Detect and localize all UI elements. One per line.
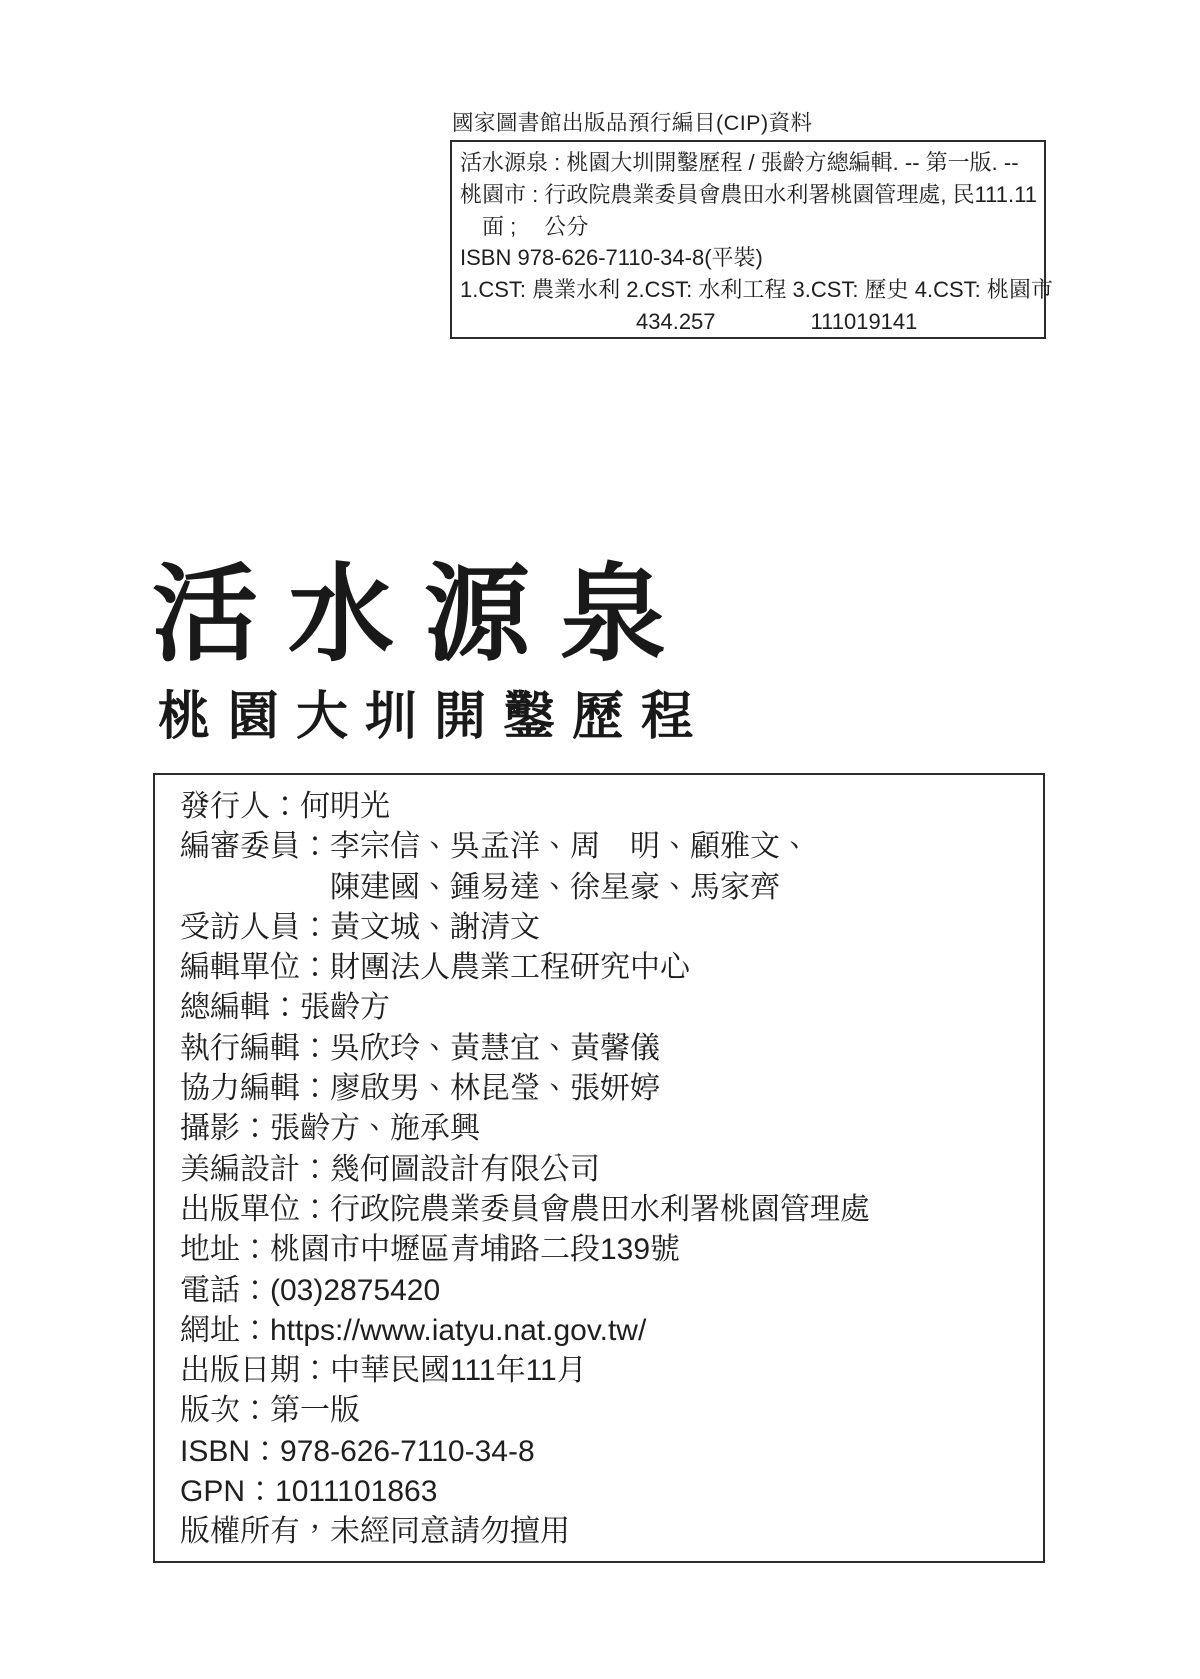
- executive-editor-line: 執行編輯：吳欣玲、黃慧宜、黃馨儀: [180, 1029, 1025, 1069]
- address-line: 地址：桃園市中壢區青埔路二段139號: [180, 1230, 1025, 1270]
- photographer-line: 攝影：張齡方、施承興: [180, 1109, 1025, 1149]
- editorial-committee-continuation-line: 陳建國、鍾易達、徐星豪、馬家齊: [180, 868, 1025, 908]
- cip-title-line: 活水源泉 : 桃園大圳開鑿歷程 / 張齡方總編輯. -- 第一版. --: [460, 147, 1036, 179]
- cip-box: 活水源泉 : 桃園大圳開鑿歷程 / 張齡方總編輯. -- 第一版. -- 桃園市…: [450, 140, 1046, 339]
- cooperating-editor-line: 協力編輯：廖啟男、林昆瑩、張妍婷: [180, 1069, 1025, 1109]
- publish-date-line: 出版日期：中華民國111年11月: [180, 1351, 1025, 1391]
- phone-line: 電話：(03)2875420: [180, 1271, 1025, 1311]
- art-design-line: 美編設計：幾何圖設計有限公司: [180, 1150, 1025, 1190]
- book-subtitle-calligraphy: 桃園大圳開鑿歷程: [158, 688, 710, 745]
- publisher-line: 出版單位：行政院農業委員會農田水利署桃園管理處: [180, 1190, 1025, 1230]
- gpn-line: GPN：1011101863: [180, 1472, 1025, 1512]
- editing-unit-line: 編輯單位：財團法人農業工程研究中心: [180, 948, 1025, 988]
- cip-heading: 國家圖書館出版品預行編目(CIP)資料: [452, 106, 813, 137]
- edition-line: 版次：第一版: [180, 1391, 1025, 1431]
- copyright-notice-line: 版權所有，未經同意請勿擅用: [180, 1512, 1025, 1552]
- isbn-line: ISBN：978-626-7110-34-8: [180, 1432, 1025, 1472]
- colophon-box: 發行人：何明光 編審委員：李宗信、吳孟洋、周 明、顧雅文、 陳建國、鍾易達、徐星…: [153, 773, 1045, 1563]
- website-line: 網址：https://www.iatyu.nat.gov.tw/: [180, 1311, 1025, 1351]
- cip-record-number: 111019141: [811, 306, 918, 338]
- issuer-line: 發行人：何明光: [180, 787, 1025, 827]
- cip-publisher-line: 桃園市 : 行政院農業委員會農田水利署桃園管理處, 民111.11: [460, 179, 1036, 211]
- cip-subject-line: 1.CST: 農業水利 2.CST: 水利工程 3.CST: 歷史 4.CST:…: [460, 274, 1036, 306]
- cip-numbers-row: 434.257 111019141: [460, 306, 1036, 338]
- colophon-page: 國家圖書館出版品預行編目(CIP)資料 活水源泉 : 桃園大圳開鑿歷程 / 張齡…: [0, 0, 1200, 1679]
- editorial-committee-line: 編審委員：李宗信、吳孟洋、周 明、顧雅文、: [180, 827, 1025, 867]
- cip-isbn-line: ISBN 978-626-7110-34-8(平裝): [460, 242, 1036, 274]
- cip-classification-number: 434.257: [636, 306, 716, 338]
- interviewee-line: 受訪人員：黃文城、謝清文: [180, 908, 1025, 948]
- book-title-calligraphy: 活水源泉: [152, 558, 696, 669]
- cip-format-line: 面 ; 公分: [460, 211, 1036, 243]
- chief-editor-line: 總編輯：張齡方: [180, 988, 1025, 1028]
